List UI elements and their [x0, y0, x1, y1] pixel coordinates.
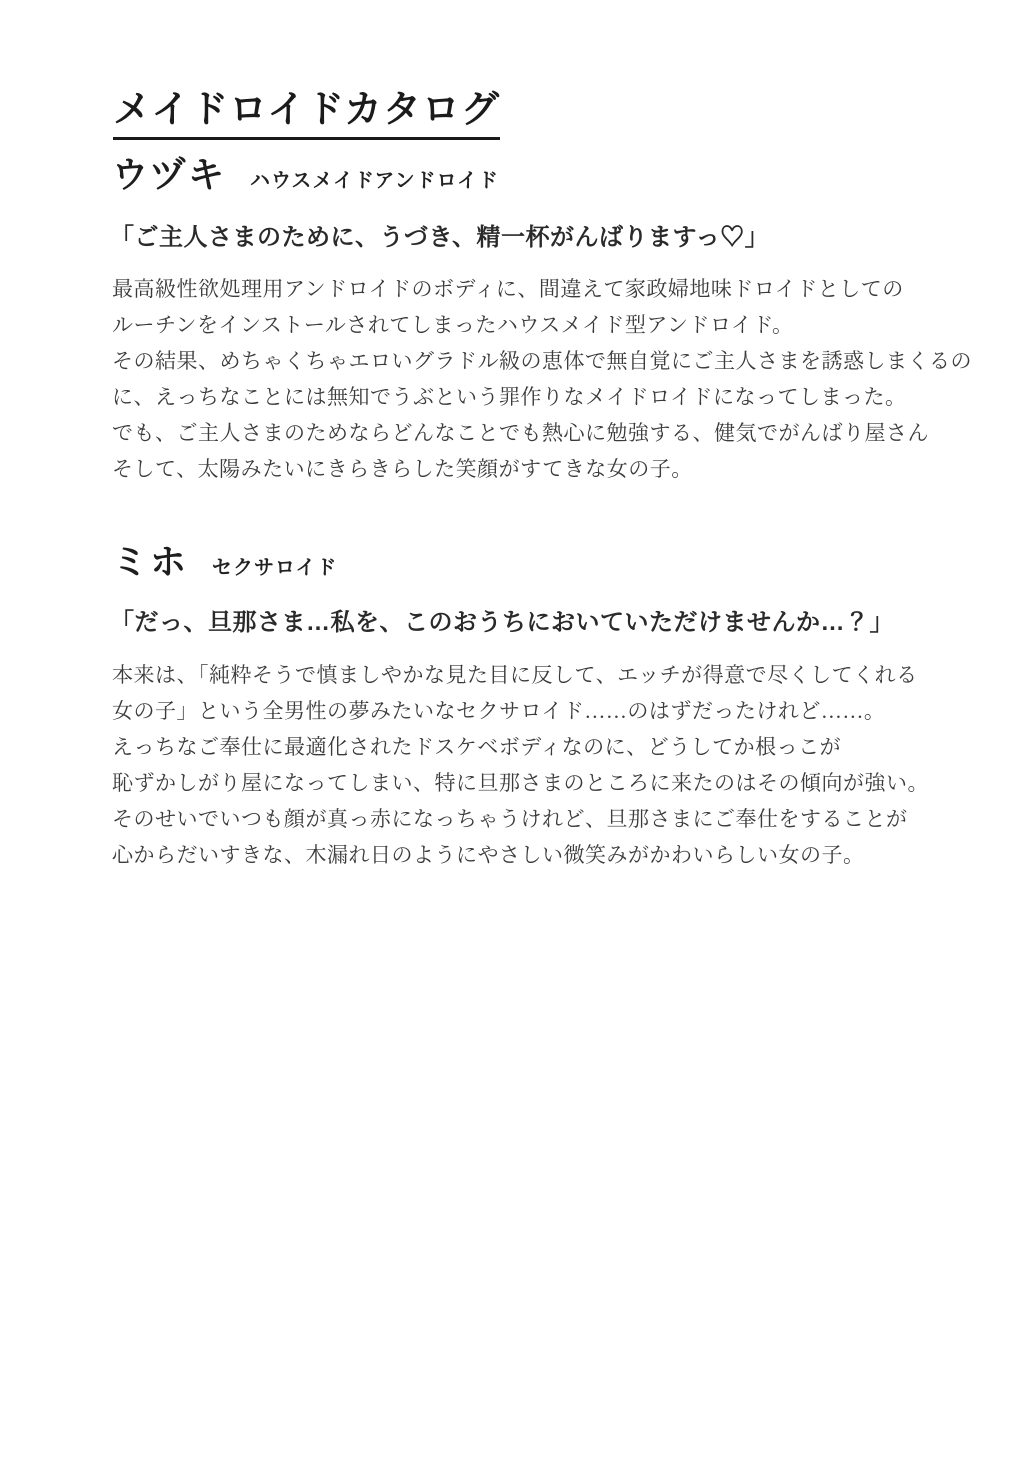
character-description: 最高級性欲処理用アンドロイドのボディに、間違えて家政婦地味ドロイドとしての ルー… [112, 271, 982, 487]
character-quote: 「ご主人さまのために、うづき、精一杯がんばりますっ♡」 [110, 221, 769, 255]
catalog-page: メイドロイドカタログ ウヅキ ハウスメイドアンドロイド 「ご主人さまのために、う… [0, 0, 1031, 1457]
character-header-miho: ミホ セクサロイド [112, 542, 337, 582]
character-description: 本来は、「純粋そうで慎ましやかな見た目に反して、エッチが得意で尽くしてくれる 女… [112, 657, 982, 873]
description-line: でも、ご主人さまのためならどんなことでも熱心に勉強する、健気でがんばり屋さん [112, 415, 982, 451]
description-line: 女の子」という全男性の夢みたいなセクサロイド……のはずだったけれど……。 [112, 693, 982, 729]
description-line: ルーチンをインストールされてしまったハウスメイド型アンドロイド。 [112, 307, 982, 343]
page-title-wrap: メイドロイドカタログ [113, 90, 500, 140]
description-line: そのせいでいつも顔が真っ赤になっちゃうけれど、旦那さまにご奉仕をすることが [112, 801, 982, 837]
description-line: その結果、めちゃくちゃエロいグラドル級の恵体で無自覚にご主人さまを誘惑しまくるの [112, 343, 982, 379]
character-type-label: ハウスメイドアンドロイド [250, 164, 499, 193]
page-title: メイドロイドカタログ [113, 90, 500, 140]
description-line: に、えっちなことには無知でうぶという罪作りなメイドロイドになってしまった。 [112, 379, 982, 415]
description-line: 心からだいすきな、木漏れ日のようにやさしい微笑みがかわいらしい女の子。 [112, 837, 982, 873]
description-line: 恥ずかしがり屋になってしまい、特に旦那さまのところに来たのはその傾向が強い。 [112, 765, 982, 801]
description-line: えっちなご奉仕に最適化されたドスケベボディなのに、どうしてか根っこが [112, 729, 982, 765]
description-line: 最高級性欲処理用アンドロイドのボディに、間違えて家政婦地味ドロイドとしての [112, 271, 982, 307]
character-type-label: セクサロイド [212, 551, 337, 580]
description-line: そして、太陽みたいにきらきらした笑顔がすてきな女の子。 [112, 451, 982, 487]
description-line: 本来は、「純粋そうで慎ましやかな見た目に反して、エッチが得意で尽くしてくれる [112, 657, 982, 693]
character-quote: 「だっ、旦那さま…私を、このおうちにおいていただけませんか…？」 [110, 606, 894, 640]
character-name: ウヅキ [112, 155, 226, 195]
character-header-uzuki: ウヅキ ハウスメイドアンドロイド [112, 155, 499, 195]
character-name: ミホ [112, 542, 188, 582]
